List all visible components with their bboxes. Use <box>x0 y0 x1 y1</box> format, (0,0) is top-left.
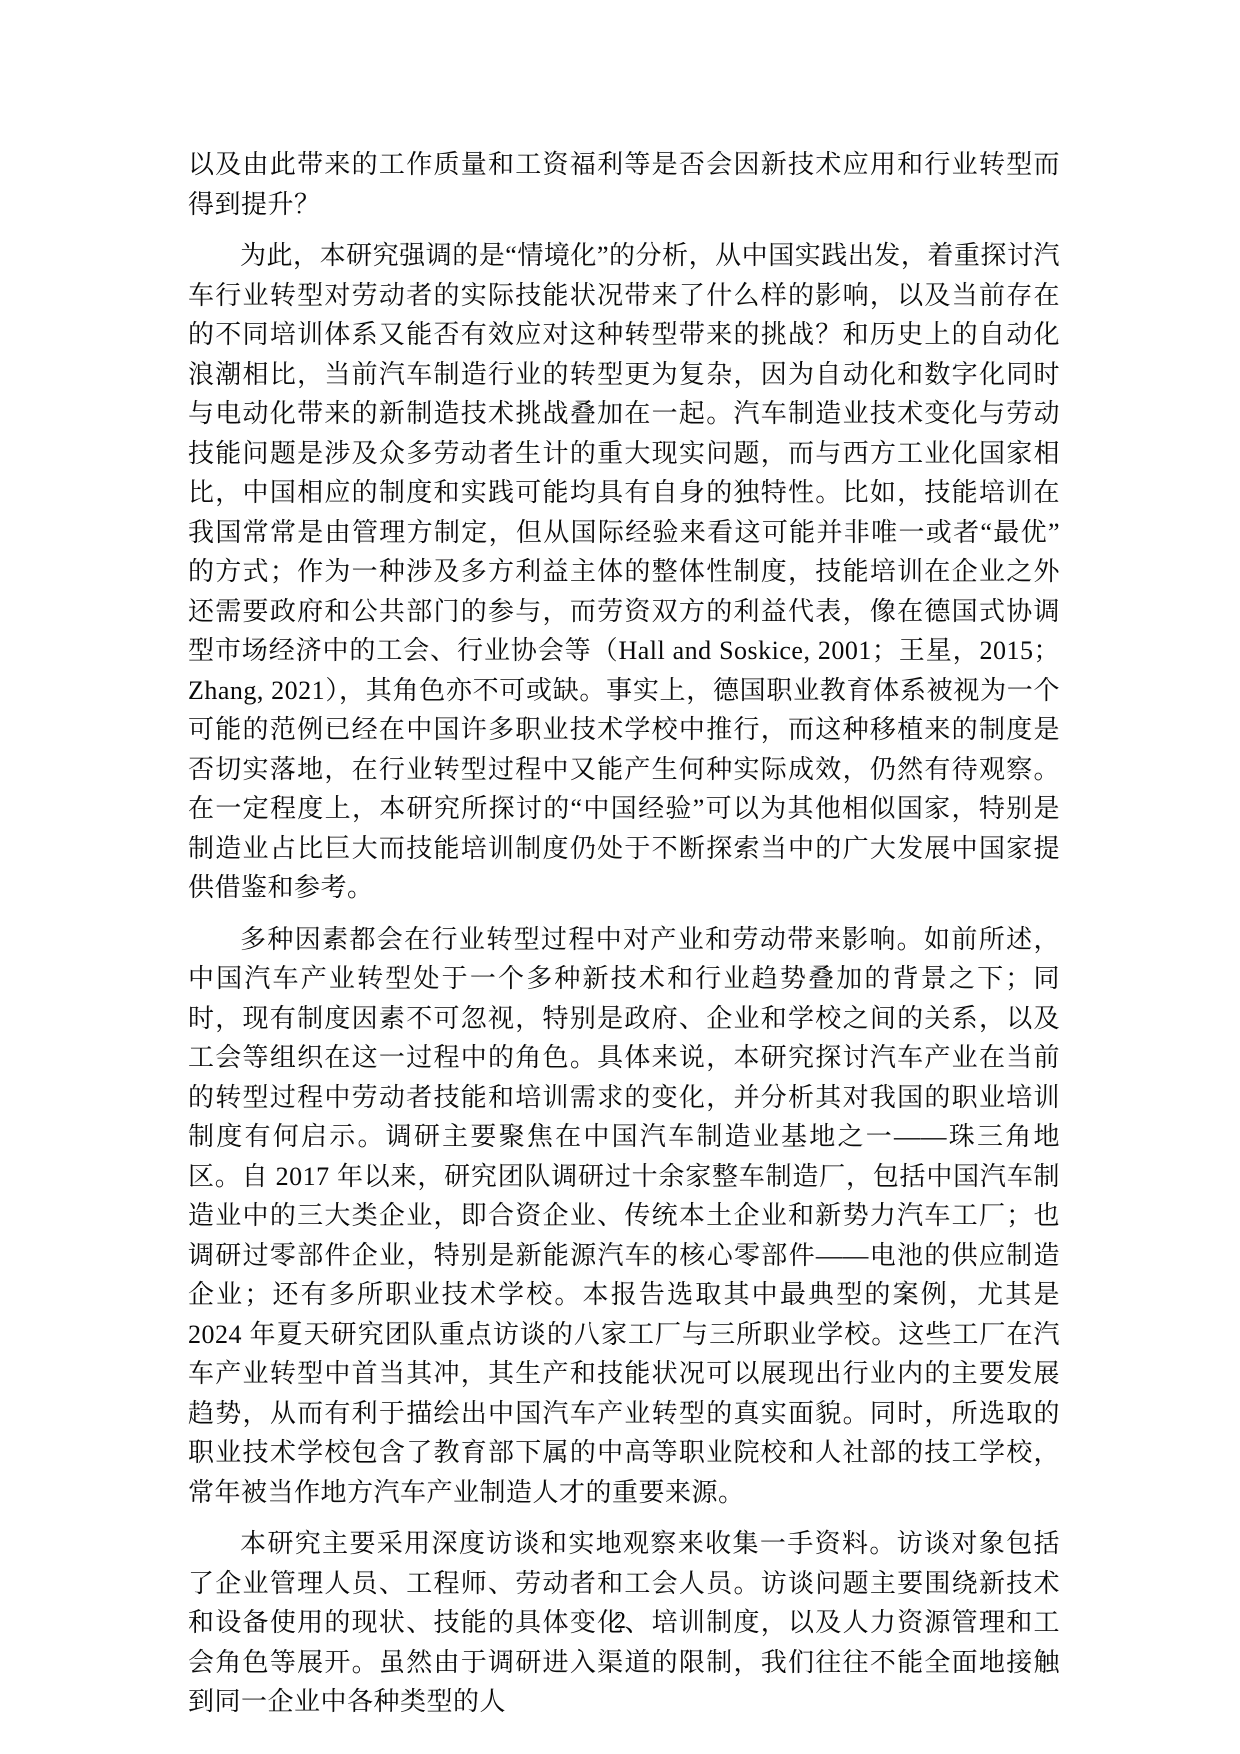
document-page: 以及由此带来的工作质量和工资福利等是否会因新技术应用和行业转型而得到提升？ 为此… <box>0 0 1240 1754</box>
page-number: 2 <box>614 1608 626 1634</box>
paragraph: 多种因素都会在行业转型过程中对产业和劳动带来影响。如前所述，中国汽车产业转型处于… <box>188 920 1060 1513</box>
page-body: 以及由此带来的工作质量和工资福利等是否会因新技术应用和行业转型而得到提升？ 为此… <box>188 145 1060 1734</box>
paragraph-continuation: 以及由此带来的工作质量和工资福利等是否会因新技术应用和行业转型而得到提升？ <box>188 145 1060 224</box>
paragraph: 为此，本研究强调的是“情境化”的分析，从中国实践出发，着重探讨汽车行业转型对劳动… <box>188 236 1060 908</box>
page-footer: 2 <box>0 1608 1240 1635</box>
